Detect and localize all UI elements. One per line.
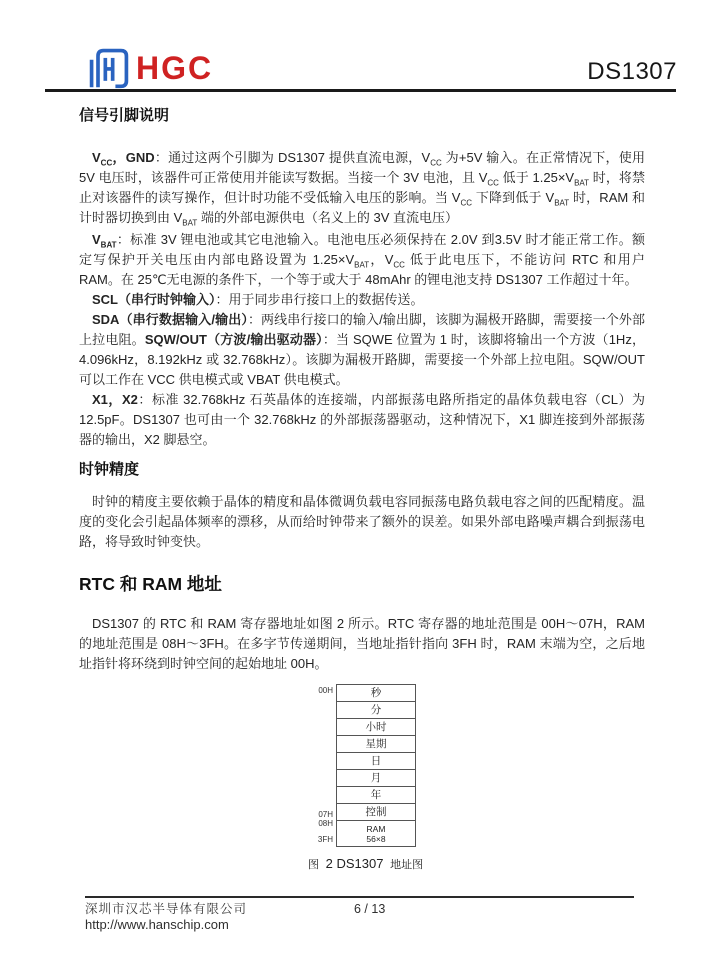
figure-address-map: 00H 07H 08H 3FH 秒 分 小时 星期 日 月 年 控制 RAM [308,684,418,875]
paragraph-clock-accuracy: 时钟的精度主要依赖于晶体的精度和晶体微调负载电容同振荡电路负载电容之间的匹配精度… [79,492,645,552]
footer-company-block: 深圳市汉芯半导体有限公司 http://www.hanschip.com [85,901,247,933]
figure-caption-prefix: 图 [308,859,319,871]
header-divider [45,89,676,92]
address-label-00h: 00H [318,687,333,695]
register-row-seconds: 秒 [337,685,415,702]
register-map-diagram: 00H 07H 08H 3FH 秒 分 小时 星期 日 月 年 控制 RAM [308,684,418,847]
paragraph-rtc-ram-address: DS1307 的 RTC 和 RAM 寄存器地址如图 2 所示。RTC 寄存器的… [79,614,645,674]
section-title-clock-accuracy: 时钟精度 [79,460,645,480]
footer-divider [85,896,634,898]
register-map-table: 秒 分 小时 星期 日 月 年 控制 RAM 56×8 [336,684,416,847]
register-row-hours: 小时 [337,719,415,736]
document-body: 信号引脚说明 VCC，GND：通过这两个引脚为 DS1307 提供直流电源，VC… [79,106,645,875]
register-row-year: 年 [337,787,415,804]
ram-label: RAM [337,824,415,834]
ram-size: 56×8 [337,834,415,844]
address-label-07h: 07H [318,811,333,819]
address-label-08h: 08H [318,820,333,828]
datasheet-page: HGC DS1307 信号引脚说明 VCC，GND：通过这两个引脚为 DS130… [0,0,720,972]
company-name: 深圳市汉芯半导体有限公司 [85,901,247,917]
register-row-date: 日 [337,753,415,770]
figure-caption-suffix: 地址图 [390,859,423,871]
paragraph-scl: SCL（串行时钟输入）：用于同步串行接口上的数据传送。 [79,290,645,310]
register-row-control: 控制 [337,804,415,821]
paragraph-x1-x2: X1，X2：标准 32.768kHz 石英晶体的连接端，内部振荡电路所指定的晶体… [79,390,645,450]
page-indicator: 6 / 13 [354,902,385,916]
paragraph-vbat: VBAT：标准 3V 锂电池或其它电池输入。电池电压必须保持在 2.0V 到3.… [79,230,645,290]
brand-name: HGC [136,50,213,87]
paragraph-sda-sqw: SDA（串行数据输入/输出）：两线串行接口的输入/输出脚，该脚为漏极开路脚，需要… [79,310,645,390]
figure-caption: 图 2 DS1307 地址图 [308,854,418,875]
register-row-ram: RAM 56×8 [337,821,415,846]
figure-caption-number: 2 DS1307 [323,856,387,871]
part-number: DS1307 [587,58,677,86]
register-row-minutes: 分 [337,702,415,719]
section-title-rtc-ram-address: RTC 和 RAM 地址 [79,572,645,596]
company-website: http://www.hanschip.com [85,917,247,933]
paragraph-vcc-gnd: VCC，GND：通过这两个引脚为 DS1307 提供直流电源，VCC 为+5V … [79,148,645,228]
address-labels: 00H 07H 08H 3FH [308,684,336,847]
register-row-month: 月 [337,770,415,787]
section-title-pin-description: 信号引脚说明 [79,106,645,126]
address-label-3fh: 3FH [318,836,333,844]
register-row-day: 星期 [337,736,415,753]
